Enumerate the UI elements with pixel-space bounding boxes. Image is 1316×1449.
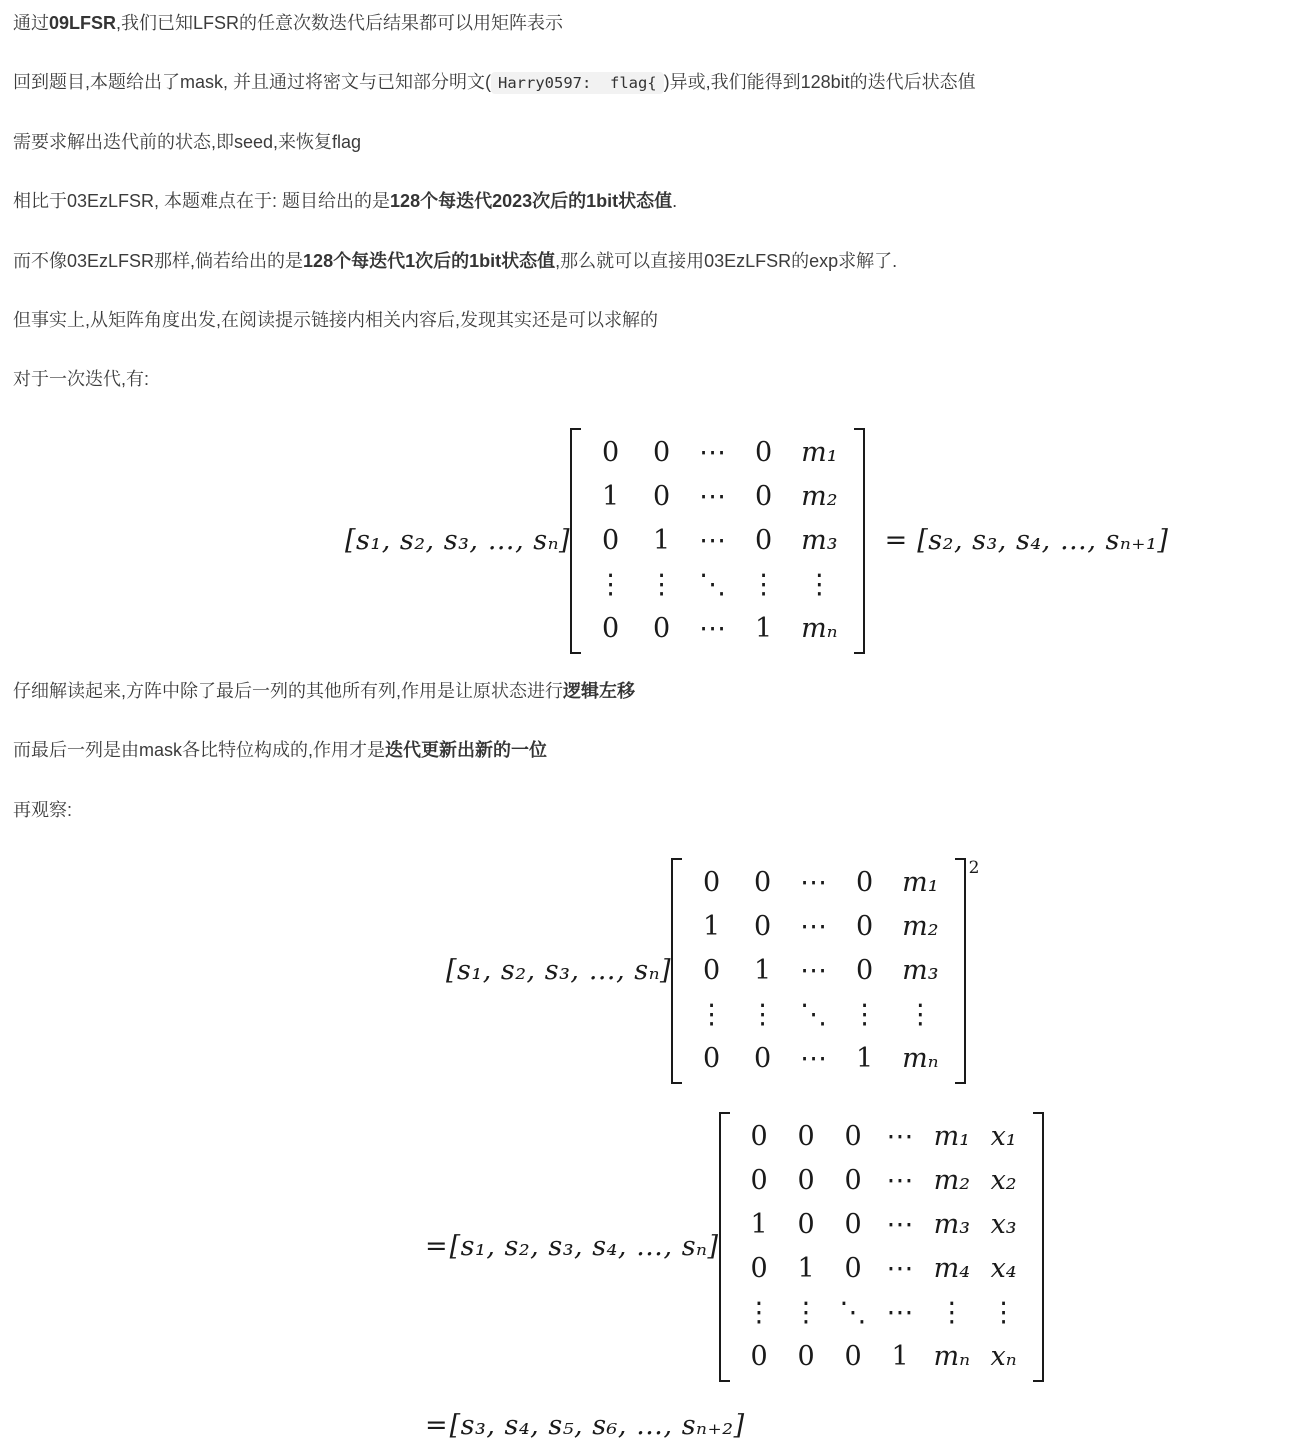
matrix-cell: m₁ [801, 438, 837, 468]
matrix-cell: 0 [844, 1122, 861, 1152]
matrix-cell: 0 [797, 1342, 814, 1372]
matrix-cell: 0 [602, 438, 619, 468]
matrix-cell: ⋮ [597, 570, 624, 600]
text-run: ,那么就可以直接用03EzLFSR的exp求解了. [555, 251, 897, 271]
matrix-cell: ⋯ [699, 482, 726, 512]
matrix-cell: ⋯ [699, 526, 726, 556]
text-run: 再观察: [13, 800, 72, 820]
matrix-bracket-right [955, 858, 966, 1084]
matrix-cell: 1 [754, 956, 771, 986]
paragraph-goal-seed: 需要求解出迭代前的状态,即seed,来恢复flag [13, 131, 1303, 154]
state-vector-lhs: [s₁, s₂, s₃, …, sₙ] [345, 525, 570, 556]
bold-difficulty: 128个每迭代2023次后的1bit状态值 [390, 191, 672, 211]
matrix-cell: 1 [755, 614, 772, 644]
matrix-cell: ⋮ [749, 1000, 776, 1030]
matrix-cell: ⋮ [851, 1000, 878, 1030]
matrix-cell: x₄ [991, 1254, 1017, 1284]
matrix-cell: m₃ [801, 526, 837, 556]
matrix-cell: ⋮ [938, 1298, 965, 1328]
matrix-cell: ⋯ [800, 868, 827, 898]
matrix-cell: 0 [755, 526, 772, 556]
matrix-cell: ⋯ [800, 912, 827, 942]
matrix-entries: 000⋯m₁x₁000⋯m₂x₂100⋯m₃x₃010⋯m₄x₄⋮⋮⋱⋯⋮⋮00… [732, 1112, 1032, 1382]
matrix-cell: 0 [844, 1166, 861, 1196]
matrix-bracket-left [671, 858, 682, 1084]
matrix-cell: 0 [653, 438, 670, 468]
matrix-cell: 0 [856, 956, 873, 986]
text-run: 而不像03EzLFSR那样,倘若给出的是 [13, 251, 303, 271]
paragraph-difficulty: 相比于03EzLFSR, 本题难点在于: 题目给出的是128个每迭代2023次后… [13, 190, 1303, 213]
matrix-entries: 00⋯0m₁10⋯0m₂01⋯0m₃⋮⋮⋱⋮⋮00⋯1mₙ [684, 858, 953, 1084]
matrix-cell: 0 [602, 614, 619, 644]
equals-sign: = [425, 1231, 448, 1262]
matrix-cell: ⋮ [750, 570, 777, 600]
equation-2-line-1: [s₁, s₂, s₃, …, sₙ] 00⋯0m₁10⋯0m₂01⋯0m₃⋮⋮… [425, 858, 979, 1084]
matrix-cell: ⋯ [699, 438, 726, 468]
state-vector-result: [s₃, s₄, s₅, s₆, …, sₙ₊₂] [450, 1410, 745, 1441]
squared-matrix-expanded: 000⋯m₁x₁000⋯m₂x₂100⋯m₃x₃010⋯m₄x₄⋮⋮⋱⋯⋮⋮00… [719, 1112, 1045, 1382]
equation-2-line-2: = [s₁, s₂, s₃, s₄, …, sₙ] 000⋯m₁x₁000⋯m₂… [425, 1112, 1044, 1382]
matrix-cell: 0 [750, 1166, 767, 1196]
matrix-cell: mₙ [902, 1044, 939, 1074]
companion-matrix: 00⋯0m₁10⋯0m₂01⋯0m₃⋮⋮⋱⋮⋮00⋯1mₙ [570, 428, 865, 654]
text-run: 相比于03EzLFSR, 本题难点在于: 题目给出的是 [13, 191, 390, 211]
matrix-cell: 1 [797, 1254, 814, 1284]
text-run: 对于一次迭代,有: [13, 369, 149, 389]
equation-1-row: [s₁, s₂, s₃, …, sₙ] 00⋯0m₁10⋯0m₂01⋯0m₃⋮⋮… [345, 428, 1168, 654]
state-vector-rhs: [s₂, s₃, s₄, …, sₙ₊₁] [917, 525, 1168, 556]
matrix-cell: m₃ [902, 956, 938, 986]
matrix-cell: m₁ [934, 1122, 970, 1152]
matrix-cell: ⋮ [806, 570, 833, 600]
matrix-cell: ⋯ [887, 1166, 914, 1196]
text-run: )异或,我们能得到128bit的迭代后状态值 [664, 72, 976, 92]
matrix-cell: 1 [602, 482, 619, 512]
matrix-cell: 0 [754, 912, 771, 942]
matrix-cell: m₂ [801, 482, 837, 512]
bold-new-bit-update: 迭代更新出新的一位 [385, 740, 547, 760]
text-run: 但事实上,从矩阵角度出发,在阅读提示链接内相关内容后,发现其实还是可以求解的 [13, 310, 658, 330]
paragraph-matrix-insight: 但事实上,从矩阵角度出发,在阅读提示链接内相关内容后,发现其实还是可以求解的 [13, 309, 1303, 332]
matrix-cell: ⋮ [907, 1000, 934, 1030]
matrix-cell: 0 [755, 482, 772, 512]
matrix-cell: ⋮ [746, 1298, 773, 1328]
matrix-bracket-right [854, 428, 865, 654]
matrix-cell: ⋯ [800, 956, 827, 986]
matrix-cell: m₂ [934, 1166, 970, 1196]
matrix-cell: x₂ [991, 1166, 1017, 1196]
matrix-cell: 1 [653, 526, 670, 556]
text-run: 回到题目,本题给出了mask, 并且通过将密文与已知部分明文( [13, 72, 491, 92]
matrix-cell: ⋮ [698, 1000, 725, 1030]
matrix-cell: 0 [754, 868, 771, 898]
matrix-cell: 0 [797, 1210, 814, 1240]
matrix-cell: 0 [602, 526, 619, 556]
matrix-cell: ⋯ [699, 614, 726, 644]
matrix-cell: x₁ [991, 1122, 1017, 1152]
article-content: 通过09LFSR,我们已知LFSR的任意次数迭代后结果都可以用矩阵表示 回到题目… [13, 12, 1303, 1441]
matrix-cell: 0 [856, 868, 873, 898]
matrix-cell: 0 [844, 1342, 861, 1372]
paragraph-one-iteration-lead: 对于一次迭代,有: [13, 368, 1303, 391]
matrix-cell: ⋱ [699, 570, 726, 600]
matrix-cell: 0 [797, 1122, 814, 1152]
equals-sign: = [885, 525, 908, 556]
inline-code-known-plaintext: Harry0597: flag{ [491, 72, 664, 94]
matrix-cell: ⋮ [793, 1298, 820, 1328]
matrix-cell: xₙ [991, 1342, 1017, 1372]
paragraph-comparison-03ezlfsr: 而不像03EzLFSR那样,倘若给出的是128个每迭代1次后的1bit状态值,那… [13, 250, 1303, 273]
companion-matrix-squared: 00⋯0m₁10⋯0m₂01⋯0m₃⋮⋮⋱⋮⋮00⋯1mₙ [671, 858, 966, 1084]
matrix-cell: m₃ [934, 1210, 970, 1240]
text-run: ,我们已知LFSR的任意次数迭代后结果都可以用矩阵表示 [116, 13, 563, 33]
matrix-bracket-left [719, 1112, 730, 1382]
matrix-cell: 0 [750, 1342, 767, 1372]
paragraph-mask-column-explanation: 而最后一列是由mask各比特位构成的,作用才是迭代更新出新的一位 [13, 739, 1303, 762]
matrix-cell: 0 [653, 614, 670, 644]
matrix-cell: ⋯ [887, 1254, 914, 1284]
matrix-cell: 1 [891, 1342, 908, 1372]
matrix-cell: 0 [844, 1210, 861, 1240]
text-run: 而最后一列是由mask各比特位构成的,作用才是 [13, 740, 385, 760]
equation-squared-derivation: [s₁, s₂, s₃, …, sₙ] 00⋯0m₁10⋯0m₂01⋯0m₃⋮⋮… [425, 858, 1303, 1441]
matrix-cell: 0 [703, 868, 720, 898]
matrix-entries: 00⋯0m₁10⋯0m₂01⋯0m₃⋮⋮⋱⋮⋮00⋯1mₙ [583, 428, 852, 654]
matrix-cell: x₃ [991, 1210, 1017, 1240]
exponent-2: 2 [969, 860, 980, 877]
text-run: . [672, 191, 677, 211]
text-run: 通过 [13, 13, 49, 33]
matrix-cell: mₙ [801, 614, 838, 644]
matrix-cell: mₙ [934, 1342, 971, 1372]
matrix-cell: ⋮ [990, 1298, 1017, 1328]
bold-09lfsr: 09LFSR [49, 13, 116, 33]
text-run: 需要求解出迭代前的状态,即seed,来恢复flag [13, 132, 361, 152]
equation-2-line-3: = [s₃, s₄, s₅, s₆, …, sₙ₊₂] [425, 1410, 745, 1441]
equals-sign: = [425, 1410, 448, 1441]
matrix-cell: 1 [856, 1044, 873, 1074]
matrix-cell: m₄ [934, 1254, 970, 1284]
matrix-cell: 0 [844, 1254, 861, 1284]
matrix-cell: ⋯ [887, 1210, 914, 1240]
matrix-cell: ⋱ [800, 1000, 827, 1030]
matrix-cell: 0 [856, 912, 873, 942]
matrix-cell: 1 [703, 912, 720, 942]
matrix-bracket-left [570, 428, 581, 654]
matrix-cell: m₂ [902, 912, 938, 942]
matrix-cell: 0 [703, 956, 720, 986]
matrix-cell: ⋯ [887, 1122, 914, 1152]
matrix-cell: 1 [750, 1210, 767, 1240]
paragraph-shift-explanation: 仔细解读起来,方阵中除了最后一列的其他所有列,作用是让原状态进行逻辑左移 [13, 680, 1303, 703]
matrix-cell: ⋯ [887, 1298, 914, 1328]
state-vector-lhs: [s₁, s₂, s₃, s₄, …, sₙ] [450, 1231, 719, 1262]
paragraph-observe-again: 再观察: [13, 799, 1303, 822]
paragraph-task-description: 回到题目,本题给出了mask, 并且通过将密文与已知部分明文(Harry0597… [13, 71, 1303, 94]
matrix-cell: 0 [754, 1044, 771, 1074]
equation-one-iteration: [s₁, s₂, s₃, …, sₙ] 00⋯0m₁10⋯0m₂01⋯0m₃⋮⋮… [13, 428, 1303, 654]
matrix-cell: 0 [750, 1254, 767, 1284]
matrix-cell: 0 [797, 1166, 814, 1196]
state-vector-lhs: [s₁, s₂, s₃, …, sₙ] [446, 955, 671, 986]
matrix-cell: 0 [750, 1122, 767, 1152]
matrix-cell: ⋱ [840, 1298, 867, 1328]
matrix-cell: ⋮ [648, 570, 675, 600]
matrix-cell: 0 [755, 438, 772, 468]
text-run: 仔细解读起来,方阵中除了最后一列的其他所有列,作用是让原状态进行 [13, 681, 563, 701]
paragraph-intro-09lfsr: 通过09LFSR,我们已知LFSR的任意次数迭代后结果都可以用矩阵表示 [13, 12, 1303, 35]
matrix-bracket-right [1033, 1112, 1044, 1382]
matrix-cell: ⋯ [800, 1044, 827, 1074]
matrix-cell: m₁ [902, 868, 938, 898]
matrix-cell: 0 [703, 1044, 720, 1074]
matrix-cell: 0 [653, 482, 670, 512]
bold-logical-left-shift: 逻辑左移 [563, 681, 635, 701]
bold-one-iteration-case: 128个每迭代1次后的1bit状态值 [303, 251, 555, 271]
